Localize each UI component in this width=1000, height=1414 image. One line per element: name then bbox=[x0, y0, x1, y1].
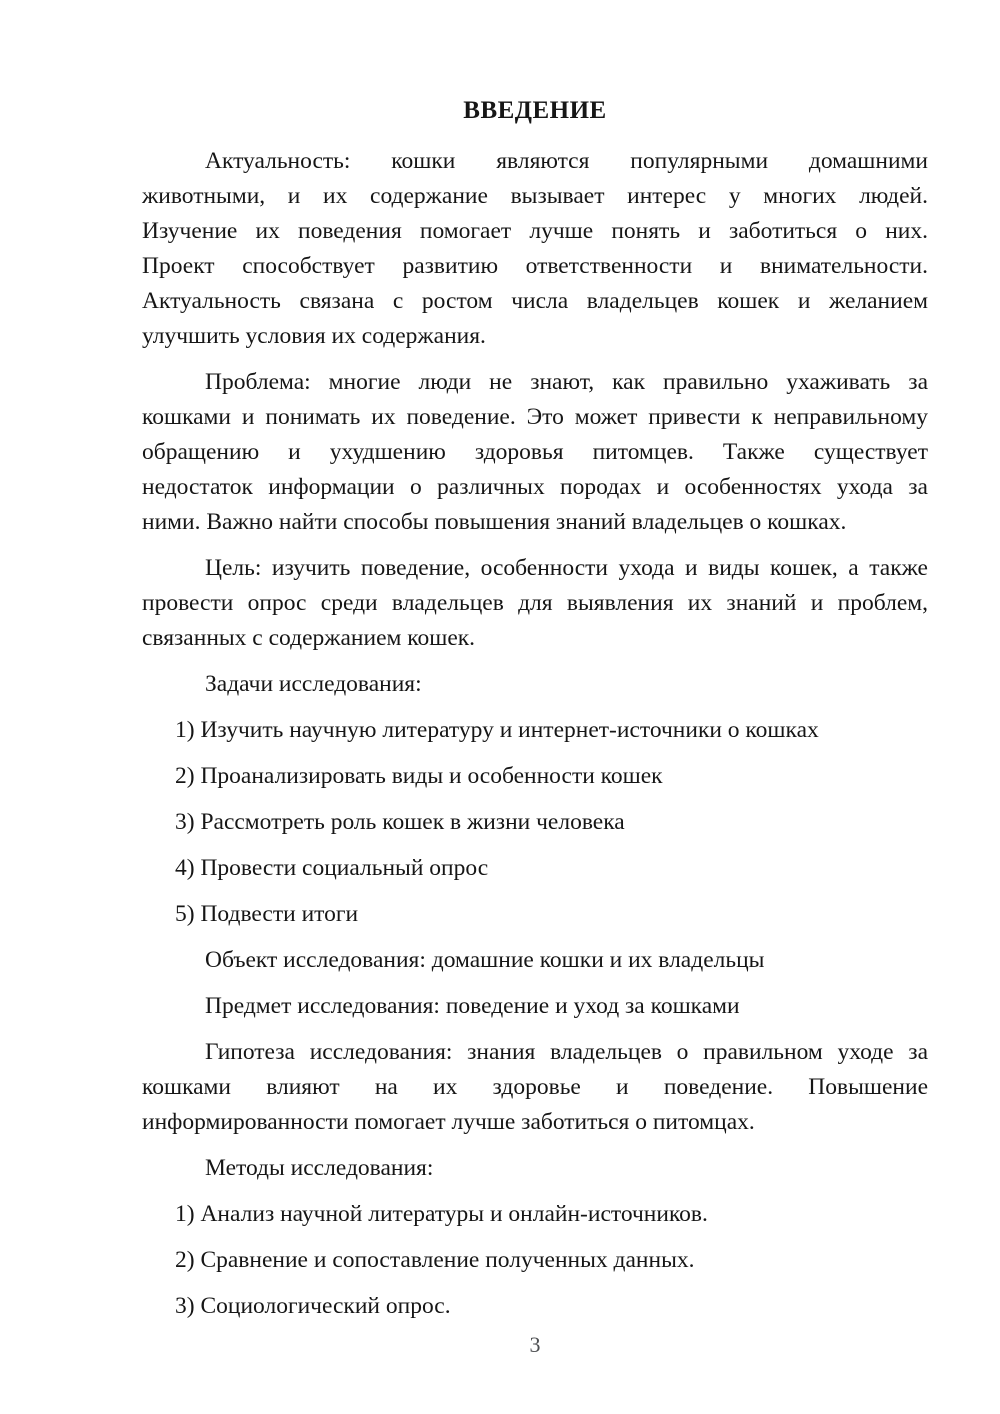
text-line: недостаток информации о различных порода… bbox=[142, 470, 928, 505]
list-item: 1) Анализ научной литературы и онлайн-ис… bbox=[142, 1197, 928, 1232]
paragraph: Задачи исследования: bbox=[142, 667, 928, 702]
text-line: Проблема: многие люди не знают, как прав… bbox=[142, 365, 928, 400]
text-line: Проект способствует развитию ответственн… bbox=[142, 249, 928, 284]
page-number: 3 bbox=[142, 1330, 928, 1360]
text-line: Актуальность: кошки являются популярными… bbox=[142, 144, 928, 179]
paragraph: Предмет исследования: поведение и уход з… bbox=[142, 989, 928, 1024]
paragraph: Цель: изучить поведение, особенности ухо… bbox=[142, 551, 928, 656]
text-line: Предмет исследования: поведение и уход з… bbox=[142, 989, 928, 1024]
text-line: 2) Сравнение и сопоставление полученных … bbox=[175, 1243, 928, 1278]
text-line: информированности помогает лучше заботит… bbox=[142, 1105, 928, 1140]
text-line: 4) Провести социальный опрос bbox=[175, 851, 928, 886]
text-line: кошками влияют на их здоровье и поведени… bbox=[142, 1070, 928, 1105]
text-line: связанных с содержанием кошек. bbox=[142, 621, 928, 656]
text-line: Актуальность связана с ростом числа влад… bbox=[142, 284, 928, 319]
list-item: 3) Рассмотреть роль кошек в жизни челове… bbox=[142, 805, 928, 840]
text-line: улучшить условия их содержания. bbox=[142, 319, 928, 354]
paragraph: Объект исследования: домашние кошки и их… bbox=[142, 943, 928, 978]
text-line: 3) Рассмотреть роль кошек в жизни челове… bbox=[175, 805, 928, 840]
text-line: 2) Проанализировать виды и особенности к… bbox=[175, 759, 928, 794]
text-line: Изучение их поведения помогает лучше пон… bbox=[142, 214, 928, 249]
section-title: ВВЕДЕНИЕ bbox=[142, 93, 928, 128]
paragraph: Гипотеза исследования: знания владельцев… bbox=[142, 1035, 928, 1140]
paragraph: Методы исследования: bbox=[142, 1151, 928, 1186]
list-item: 5) Подвести итоги bbox=[142, 897, 928, 932]
text-line: Задачи исследования: bbox=[142, 667, 928, 702]
page-content: ВВЕДЕНИЕ Актуальность: кошки являются по… bbox=[0, 0, 1000, 1324]
list-item: 3) Социологический опрос. bbox=[142, 1289, 928, 1324]
text-line: 3) Социологический опрос. bbox=[175, 1289, 928, 1324]
text-line: ними. Важно найти способы повышения знан… bbox=[142, 505, 928, 540]
text-line: обращению и ухудшению здоровья питомцев.… bbox=[142, 435, 928, 470]
body-text: Актуальность: кошки являются популярными… bbox=[142, 144, 928, 1324]
text-line: животными, и их содержание вызывает инте… bbox=[142, 179, 928, 214]
list-item: 4) Провести социальный опрос bbox=[142, 851, 928, 886]
text-line: Гипотеза исследования: знания владельцев… bbox=[142, 1035, 928, 1070]
document-page: ВВЕДЕНИЕ Актуальность: кошки являются по… bbox=[0, 0, 1000, 1414]
text-line: кошками и понимать их поведение. Это мож… bbox=[142, 400, 928, 435]
text-line: Цель: изучить поведение, особенности ухо… bbox=[142, 551, 928, 586]
text-line: 1) Анализ научной литературы и онлайн-ис… bbox=[175, 1197, 928, 1232]
list-item: 2) Сравнение и сопоставление полученных … bbox=[142, 1243, 928, 1278]
text-line: провести опрос среди владельцев для выяв… bbox=[142, 586, 928, 621]
text-line: 5) Подвести итоги bbox=[175, 897, 928, 932]
text-line: Объект исследования: домашние кошки и их… bbox=[142, 943, 928, 978]
list-item: 2) Проанализировать виды и особенности к… bbox=[142, 759, 928, 794]
paragraph: Актуальность: кошки являются популярными… bbox=[142, 144, 928, 354]
list-item: 1) Изучить научную литературу и интернет… bbox=[142, 713, 928, 748]
text-line: Методы исследования: bbox=[142, 1151, 928, 1186]
text-line: 1) Изучить научную литературу и интернет… bbox=[175, 713, 928, 748]
paragraph: Проблема: многие люди не знают, как прав… bbox=[142, 365, 928, 540]
